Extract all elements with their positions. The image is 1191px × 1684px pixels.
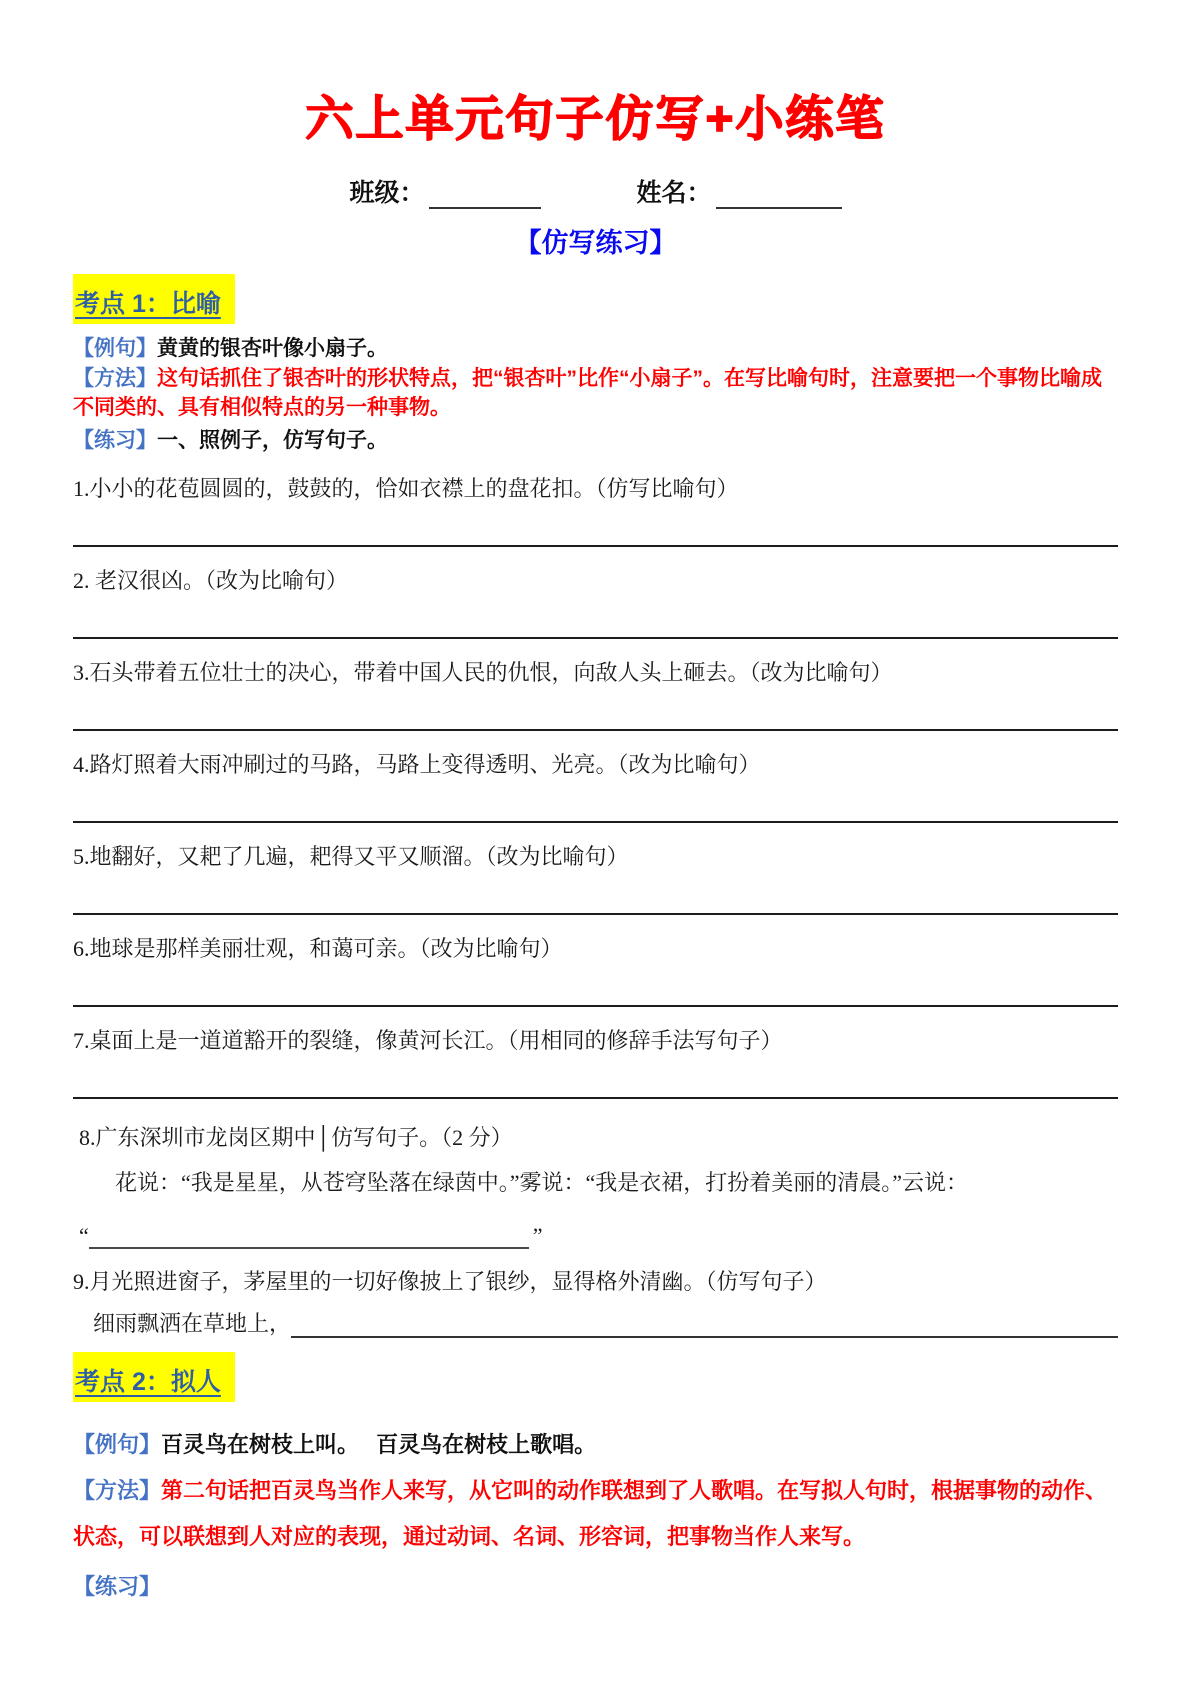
close-quote: ” (533, 1223, 543, 1249)
class-blank-field[interactable] (429, 181, 541, 209)
answer-line[interactable] (73, 545, 1118, 547)
question-item-7: 7.桌面上是一道道豁开的裂缝，像黄河长江。（用相同的修辞手法写句子） (73, 1027, 1118, 1099)
answer-line[interactable] (73, 1097, 1118, 1099)
rain-prompt: 细雨飘洒在草地上， (93, 1307, 291, 1338)
kaodian2-practice: 【练习】 (73, 1564, 1118, 1610)
answer-line[interactable] (73, 637, 1118, 639)
question-text: 9.月光照进窗子，茅屋里的一切好像披上了银纱，显得格外清幽。（仿写句子） (73, 1267, 1118, 1296)
question-item-1: 1.小小的花苞圆圆的，鼓鼓的，恰如衣襟上的盘花扣。（仿写比喻句） (73, 475, 1118, 547)
question-item-2: 2. 老汉很凶。（改为比喻句） (73, 567, 1118, 639)
question-quote-line: 花说：“我是星星，从苍穹坠落在绿茵中。”雾说：“我是衣裙，打扮着美丽的清晨。”云… (73, 1168, 1118, 1197)
question-text: 4.路灯照着大雨冲刷过的马路，马路上变得透明、光亮。（改为比喻句） (73, 751, 1118, 779)
method-text: 这句话抓住了银杏叶的形状特点，把“银杏叶”比作“小扇子”。在写比喻句时，注意要把… (73, 367, 1102, 419)
question-item-9: 9.月光照进窗子，茅屋里的一切好像披上了银纱，显得格外清幽。（仿写句子） 细雨飘… (73, 1267, 1118, 1338)
practice-label: 【练习】 (73, 429, 157, 452)
student-info-row: 班级： 姓名： (73, 173, 1118, 209)
question-text: 1.小小的花苞圆圆的，鼓鼓的，恰如衣襟上的盘花扣。（仿写比喻句） (73, 475, 1118, 503)
question-text: 2. 老汉很凶。（改为比喻句） (73, 567, 1118, 595)
question-text: 7.桌面上是一道道豁开的裂缝，像黄河长江。（用相同的修辞手法写句子） (73, 1027, 1118, 1055)
answer-line[interactable] (73, 913, 1118, 915)
example-text: 百灵鸟在树枝上叫。 百灵鸟在树枝上歌唱。 (161, 1432, 596, 1457)
answer-line[interactable] (73, 1005, 1118, 1007)
kaodian2-method: 【方法】第二句话把百灵鸟当作人来写，从它叫的动作联想到了人歌唱。在写拟人句时，根… (73, 1468, 1118, 1560)
method-label: 【方法】 (73, 367, 157, 390)
kaodian1-method: 【方法】这句话抓住了银杏叶的形状特点，把“银杏叶”比作“小扇子”。在写比喻句时，… (73, 364, 1118, 422)
quote-answer-row: “ ” (73, 1209, 1118, 1249)
question-item-3: 3.石头带着五位壮士的决心，带着中国人民的仇恨，向敌人头上砸去。（改为比喻句） (73, 659, 1118, 731)
question-item-5: 5.地翻好，又耙了几遍，耙得又平又顺溜。（改为比喻句） (73, 843, 1118, 915)
worksheet-page: 六上单元句子仿写+小练笔 班级： 姓名： 【仿写练习】 考点 1：比喻 【例句】… (0, 0, 1191, 1684)
kaodian2-example: 【例句】百灵鸟在树枝上叫。 百灵鸟在树枝上歌唱。 (73, 1422, 1118, 1468)
question-text: 6.地球是那样美丽壮观，和蔼可亲。（改为比喻句） (73, 935, 1118, 963)
question-item-4: 4.路灯照着大雨冲刷过的马路，马路上变得透明、光亮。（改为比喻句） (73, 751, 1118, 823)
rain-answer-row: 细雨飘洒在草地上， (73, 1308, 1118, 1338)
kaodian2-heading: 考点 2：拟人 (73, 1352, 235, 1402)
example-label: 【例句】 (73, 1432, 161, 1457)
answer-line[interactable] (73, 821, 1118, 823)
question-text: 3.石头带着五位壮士的决心，带着中国人民的仇恨，向敌人头上砸去。（改为比喻句） (73, 659, 1118, 687)
quote-answer-line[interactable] (89, 1213, 529, 1249)
practice-text: 一、照例子，仿写句子。 (157, 429, 388, 452)
name-blank-field[interactable] (716, 181, 842, 209)
question-text: 8.广东深圳市龙岗区期中│仿写句子。（2 分） (79, 1123, 1118, 1152)
practice-label: 【练习】 (73, 1574, 161, 1599)
example-text: 黄黄的银杏叶像小扇子。 (157, 337, 388, 360)
example-label: 【例句】 (73, 337, 157, 360)
question-item-6: 6.地球是那样美丽壮观，和蔼可亲。（改为比喻句） (73, 935, 1118, 1007)
kaodian1-heading: 考点 1：比喻 (73, 274, 235, 324)
answer-line[interactable] (73, 729, 1118, 731)
method-text: 第二句话把百灵鸟当作人来写，从它叫的动作联想到了人歌唱。在写拟人句时，根据事物的… (73, 1478, 1107, 1549)
kaodian1-example: 【例句】黄黄的银杏叶像小扇子。 (73, 334, 1118, 363)
class-label: 班级： (349, 173, 424, 209)
method-label: 【方法】 (73, 1478, 161, 1503)
open-quote: “ (79, 1223, 89, 1249)
name-label: 姓名： (637, 173, 712, 209)
question-item-8: 8.广东深圳市龙岗区期中│仿写句子。（2 分） 花说：“我是星星，从苍穹坠落在绿… (73, 1123, 1118, 1249)
question-text: 5.地翻好，又耙了几遍，耙得又平又顺溜。（改为比喻句） (73, 843, 1118, 871)
rain-answer-line[interactable] (291, 1310, 1118, 1338)
page-title: 六上单元句子仿写+小练笔 (73, 80, 1118, 149)
kaodian1-practice: 【练习】一、照例子，仿写句子。 (73, 426, 1118, 455)
section-banner: 【仿写练习】 (73, 221, 1118, 260)
